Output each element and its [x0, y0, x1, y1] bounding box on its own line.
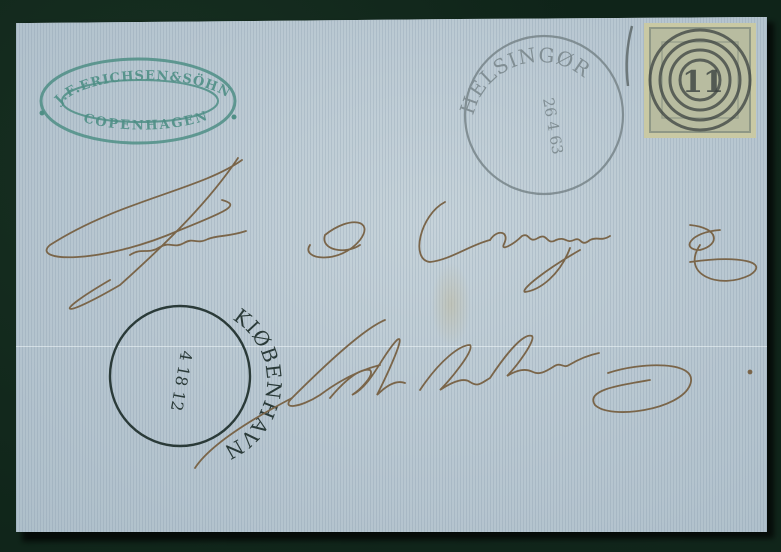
kjobenhavn-date: 4 18 12: [167, 349, 196, 412]
handwritten-address: [47, 158, 757, 468]
cover-markings: J.F.ERICHSEN&SÖHN COPENHAGEN HELSINGØR 2…: [0, 0, 781, 552]
postage-stamp: 11: [627, 23, 756, 138]
sender-city: COPENHAGEN: [82, 108, 211, 133]
helsingor-postmark: HELSINGØR 26 4 63: [455, 18, 623, 194]
svg-text:11: 11: [682, 65, 724, 100]
svg-text:J.F.ERICHSEN&SÖHN: J.F.ERICHSEN&SÖHN: [51, 69, 233, 109]
kjobenhavn-postmark: KIØBENHAVN 4 18 12: [110, 301, 309, 474]
svg-text:COPENHAGEN: COPENHAGEN: [82, 108, 211, 133]
helsingor-date: 26 4 63: [539, 96, 567, 156]
sender-name: J.F.ERICHSEN&SÖHN: [51, 69, 233, 109]
